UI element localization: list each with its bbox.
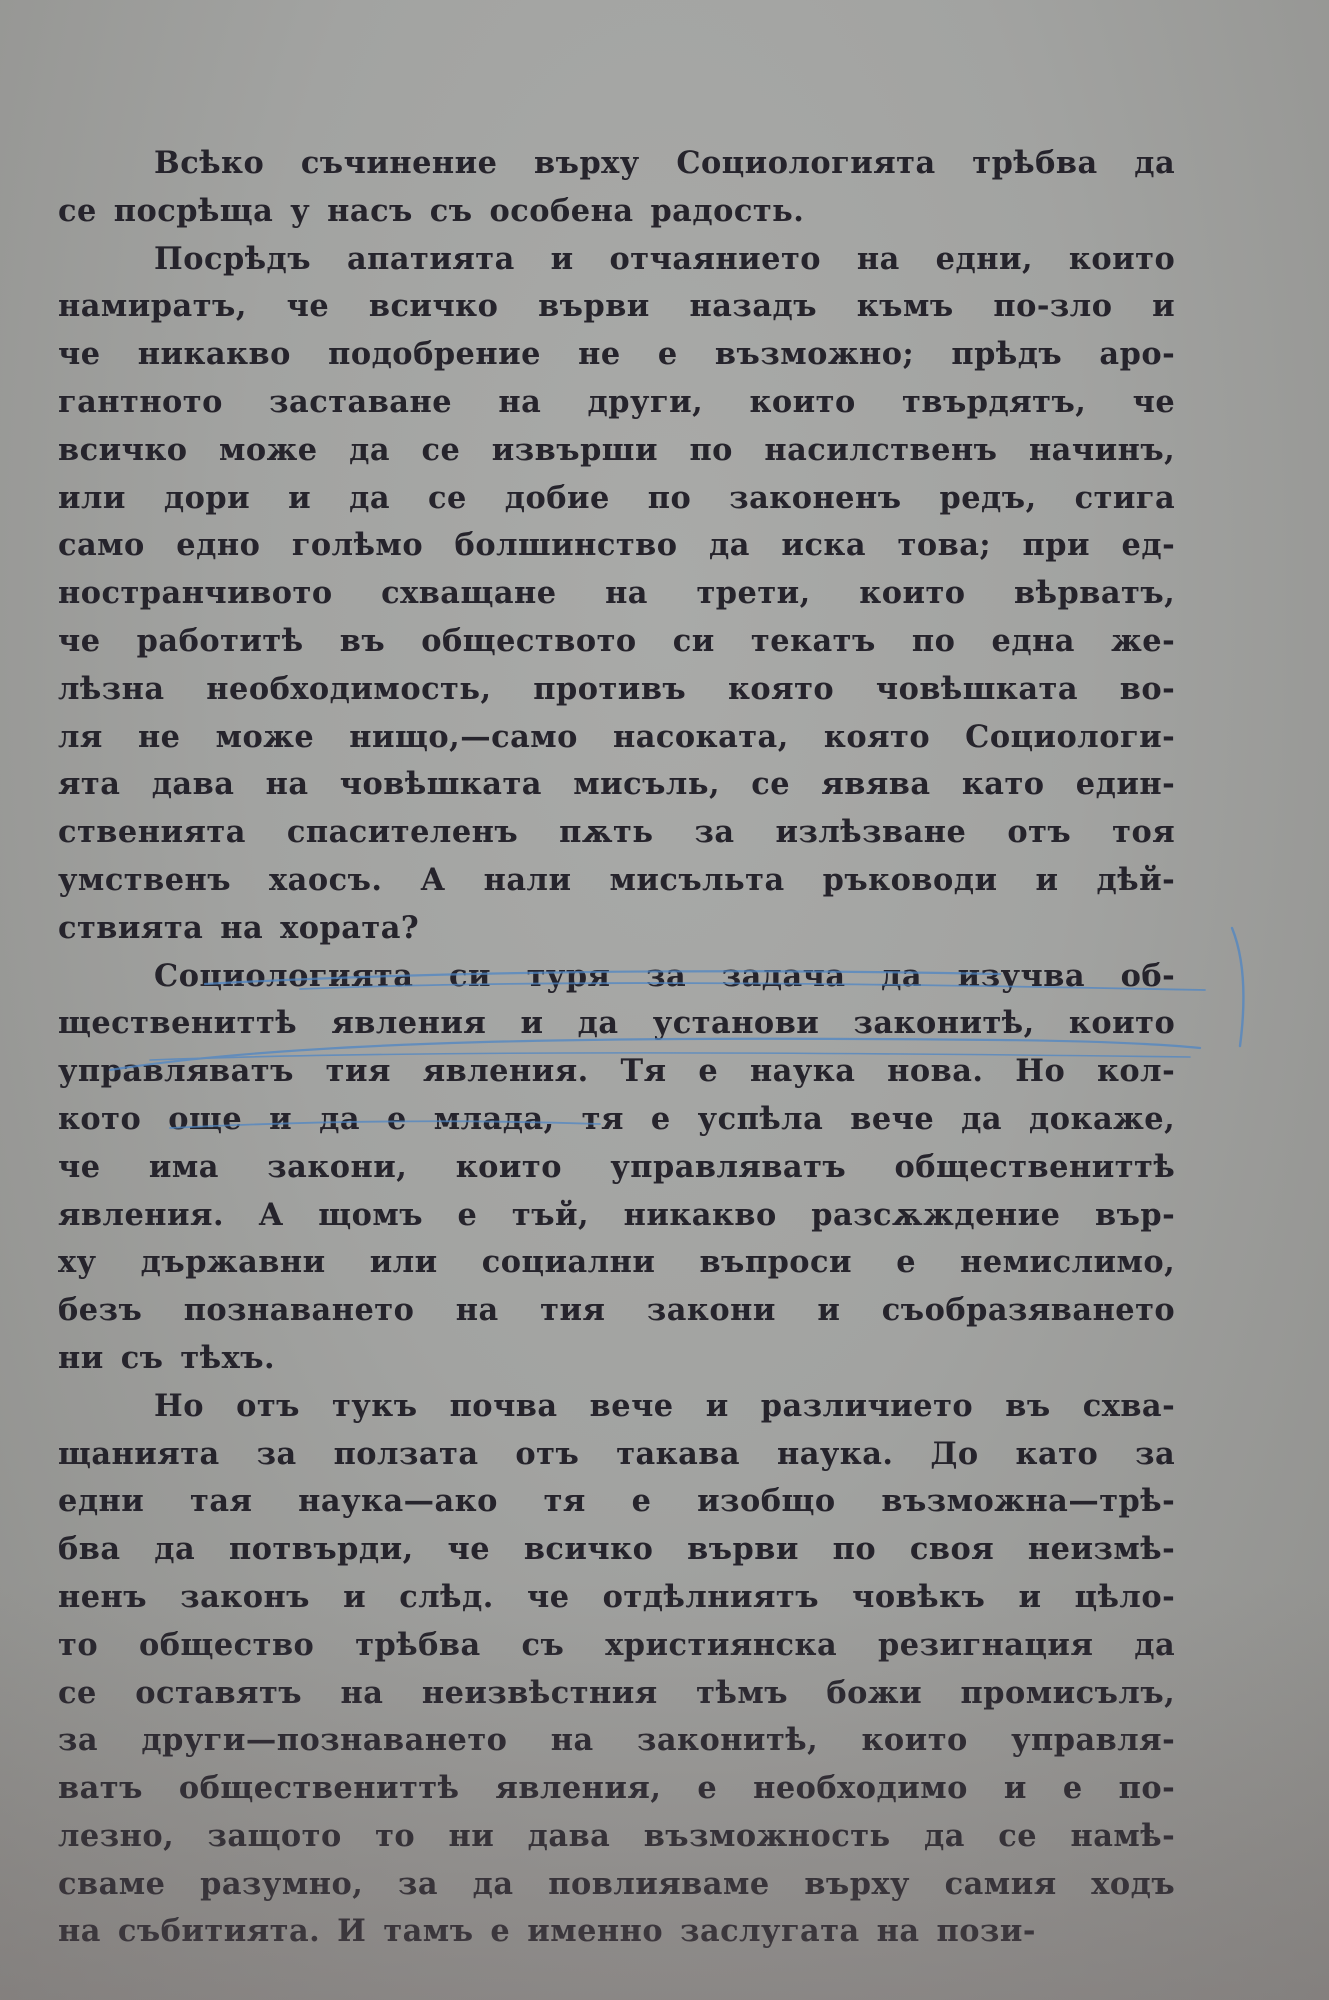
text-line: кото още и да е млада, тя е успѣла вече … [58,1096,1175,1144]
text-line: или дори и да се добие по законенъ редъ,… [58,475,1175,523]
text-line: че има закони, които управляватъ обществ… [58,1144,1175,1192]
text-line: Социологията си туря за задача да изучва… [58,953,1175,1001]
text-line: ществениттѣ явления и да установи закони… [58,1000,1175,1048]
text-line: ни съ тѣхъ. [58,1335,1175,1383]
text-line: лезно, защото то ни дава възможность да … [58,1813,1175,1861]
text-line: гантното заставане на други, които твърд… [58,379,1175,427]
text-line: лѣзна необходимость, противъ която човѣш… [58,666,1175,714]
text-line: се посрѣща у насъ съ особена радость. [58,188,1175,236]
text-line: ностранчивото схващане на трети, които в… [58,570,1175,618]
text-line: ненъ законъ и слѣд. че отдѣлниятъ човѣкъ… [58,1574,1175,1622]
text-line: бва да потвърди, че всичко върви по своя… [58,1526,1175,1574]
text-line: едни тая наука—ако тя е изобщо възможна—… [58,1478,1175,1526]
text-line: умственъ хаосъ. А нали мисъльта ръководи… [58,857,1175,905]
text-line: ватъ обществениттѣ явления, е необходимо… [58,1765,1175,1813]
text-line: Всѣко съчинение върху Социологията трѣбв… [58,140,1175,188]
text-line: че никакво подобрение не е възможно; прѣ… [58,331,1175,379]
text-line: Посрѣдъ апатията и отчаянието на едни, к… [58,236,1175,284]
text-line: явления. А щомъ е тъй, никакво разсѫжден… [58,1192,1175,1240]
text-line: на събитията. И тамъ е именно заслугата … [58,1908,1175,1956]
text-line: то общество трѣбва съ християнска резигн… [58,1622,1175,1670]
text-line: щанията за ползата отъ такава наука. До … [58,1431,1175,1479]
body-text: Всѣко съчинение върху Социологията трѣбв… [58,140,1175,1956]
text-line: само едно голѣмо болшинство да иска това… [58,522,1175,570]
text-line: намиратъ, че всичко върви назадъ къмъ по… [58,283,1175,331]
text-line: всичко може да се извърши по насилственъ… [58,427,1175,475]
text-line: Но отъ тукъ почва вече и различието въ с… [58,1383,1175,1431]
text-line: че работитѣ въ обществото си текатъ по е… [58,618,1175,666]
text-line: ята дава на човѣшката мисъль, се явява к… [58,761,1175,809]
text-line: ху държавни или социални въпроси е немис… [58,1239,1175,1287]
text-line: управляватъ тия явления. Тя е наука нова… [58,1048,1175,1096]
text-line: сваме разумно, за да повлияваме върху са… [58,1861,1175,1909]
text-line: за други—познаването на законитѣ, които … [58,1717,1175,1765]
text-line: се оставятъ на неизвѣстния тѣмъ божи про… [58,1670,1175,1718]
text-line: ственията спасителенъ пѫть за излѣзване … [58,809,1175,857]
text-line: безъ познаването на тия закони и съобраз… [58,1287,1175,1335]
text-line: ствията на хората? [58,905,1175,953]
text-line: ля не може нищо,—само насоката, която Со… [58,714,1175,762]
book-page: Всѣко съчинение върху Социологията трѣбв… [0,0,1329,2000]
